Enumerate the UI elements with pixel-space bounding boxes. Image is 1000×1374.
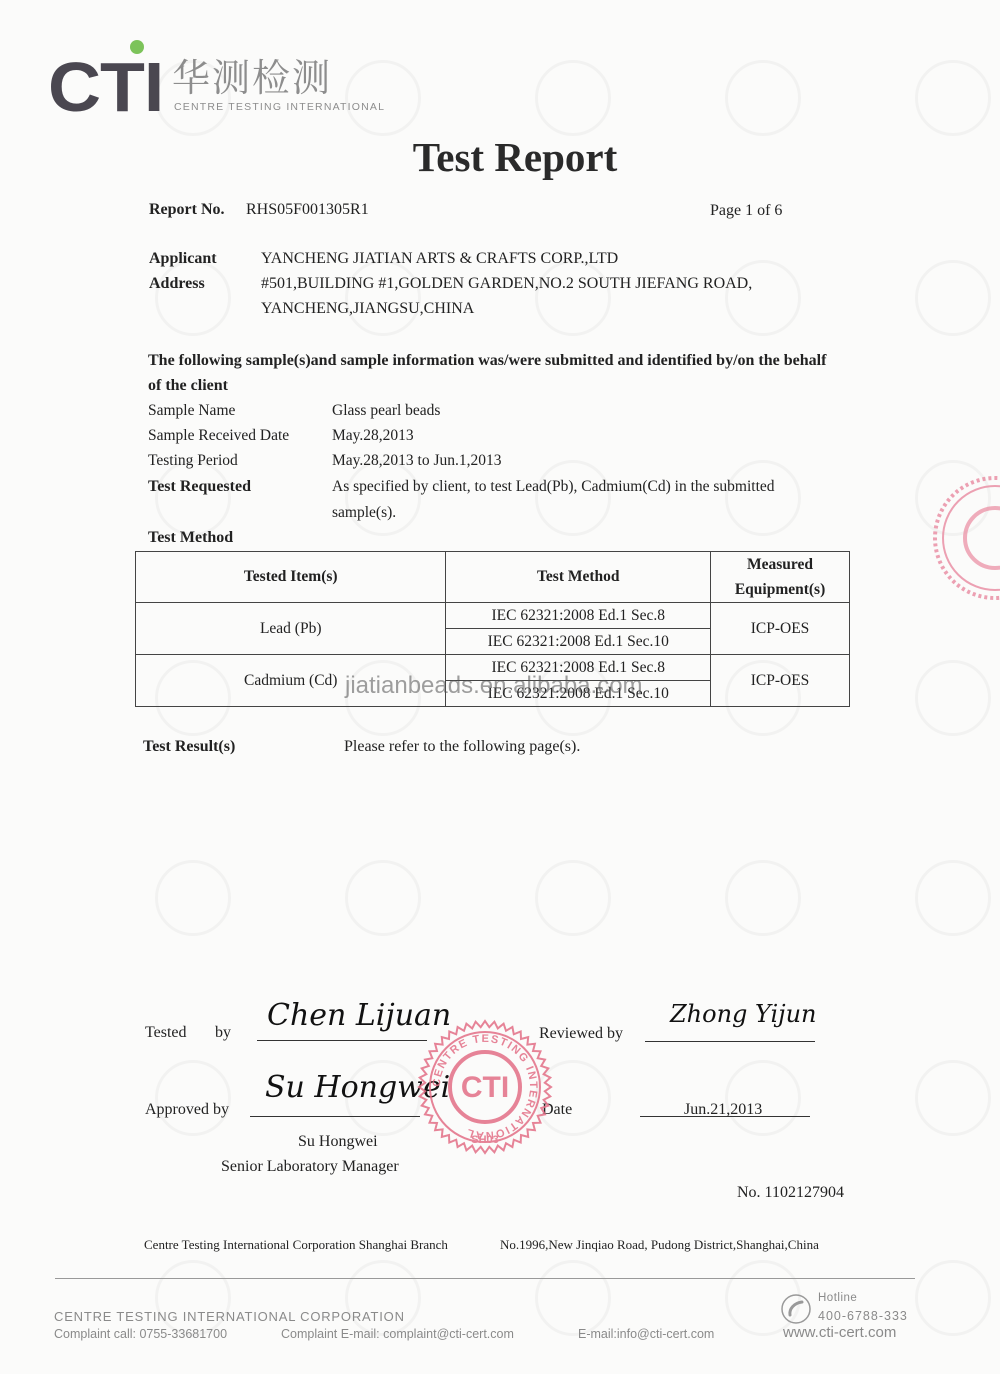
- watermark-circle: [345, 60, 421, 136]
- testing-period-label: Testing Period: [148, 452, 238, 470]
- date-value: Jun.21,2013: [684, 1101, 762, 1119]
- test-requested-value: As specified by client, to test Lead(Pb)…: [332, 478, 775, 496]
- watermark-circle: [915, 1060, 991, 1136]
- approved-by-line: [250, 1116, 420, 1117]
- watermark-circle: [535, 860, 611, 936]
- watermark-circle: [725, 1060, 801, 1136]
- test-requested-value-cont: sample(s).: [332, 504, 396, 522]
- testing-period-value: May.28,2013 to Jun.1,2013: [332, 452, 502, 470]
- branch-name: Centre Testing International Corporation…: [144, 1237, 448, 1253]
- watermark-circle: [725, 260, 801, 336]
- approver-name: Su Hongwei: [298, 1133, 378, 1151]
- logo-chinese: 华测检测: [172, 58, 332, 98]
- test-method-label: Test Method: [148, 529, 233, 547]
- received-date-value: May.28,2013: [332, 427, 414, 445]
- table-row: Lead (Pb) IEC 62321:2008 Ed.1 Sec.8 ICP-…: [136, 603, 850, 629]
- watermark-circle: [345, 1260, 421, 1336]
- applicant-label: Applicant: [149, 250, 217, 268]
- footer-divider: [55, 1278, 915, 1279]
- footer-hotline: 400-6788-333: [818, 1309, 908, 1323]
- watermark-circle: [535, 1260, 611, 1336]
- watermark-circle: [155, 1060, 231, 1136]
- watermark-circle: [915, 260, 991, 336]
- partial-seal-stamp: [925, 468, 1000, 608]
- sample-intro: The following sample(s)and sample inform…: [148, 352, 826, 370]
- reviewed-by-line: [645, 1041, 815, 1042]
- header-equipment: Measured Equipment(s): [711, 552, 850, 603]
- report-number: RHS05F001305R1: [246, 201, 369, 219]
- phone-icon: [780, 1293, 812, 1325]
- watermark-circle: [915, 860, 991, 936]
- tested-by-label-by: by: [215, 1024, 231, 1042]
- equipment-cell: ICP-OES: [711, 655, 850, 707]
- svg-text:CTI: CTI: [461, 1071, 509, 1104]
- watermark-text: jiatianbeads.en.alibaba.com: [345, 672, 643, 700]
- header-equipment-text: Measured Equipment(s): [730, 552, 830, 602]
- watermark-circle: [915, 660, 991, 736]
- watermark-circle: [345, 260, 421, 336]
- approved-by-label: Approved by: [145, 1101, 229, 1119]
- address-line-1: #501,BUILDING #1,GOLDEN GARDEN,NO.2 SOUT…: [261, 275, 752, 293]
- sample-name-label: Sample Name: [148, 402, 235, 420]
- address-label: Address: [149, 275, 205, 293]
- test-requested-label: Test Requested: [148, 478, 251, 496]
- method-cell: IEC 62321:2008 Ed.1 Sec.10: [446, 629, 711, 655]
- footer-email: E-mail:info@cti-cert.com: [578, 1327, 714, 1341]
- page-indicator: Page 1 of 6: [710, 202, 782, 220]
- watermark-circle: [725, 460, 801, 536]
- header-tested-items: Tested Item(s): [136, 552, 446, 603]
- watermark-circle: [725, 860, 801, 936]
- logo-subtitle: CENTRE TESTING INTERNATIONAL: [174, 101, 385, 113]
- sample-intro-cont: of the client: [148, 377, 228, 395]
- watermark-circle: [155, 1260, 231, 1336]
- watermark-circle: [535, 60, 611, 136]
- page-title: Test Report: [0, 133, 1000, 181]
- address-line-2: YANCHENG,JIANGSU,CHINA: [261, 300, 474, 318]
- watermark-circle: [155, 460, 231, 536]
- svg-text:SH03: SH03: [471, 1134, 499, 1146]
- serial-number: No. 1102127904: [737, 1184, 844, 1202]
- watermark-circle: [535, 260, 611, 336]
- received-date-label: Sample Received Date: [148, 427, 289, 445]
- sample-name-value: Glass pearl beads: [332, 402, 440, 420]
- watermark-circle: [915, 1260, 991, 1336]
- tested-by-label: Tested: [145, 1024, 187, 1042]
- watermark-circle: [535, 460, 611, 536]
- footer-complaint-call: Complaint call: 0755-33681700: [54, 1327, 227, 1341]
- approver-title: Senior Laboratory Manager: [221, 1158, 399, 1176]
- footer-complaint-email: Complaint E-mail: complaint@cti-cert.com: [281, 1327, 514, 1341]
- watermark-circle: [155, 260, 231, 336]
- watermark-circle: [345, 460, 421, 536]
- tested-item-cell: Lead (Pb): [136, 603, 446, 655]
- tested-by-line: [257, 1040, 427, 1041]
- equipment-cell: ICP-OES: [711, 603, 850, 655]
- branch-address: No.1996,New Jinqiao Road, Pudong Distric…: [500, 1237, 819, 1253]
- cti-seal-stamp: CENTRE TESTING INTERNATIONAL CTI SH03: [415, 1017, 555, 1157]
- applicant-value: YANCHENG JIATIAN ARTS & CRAFTS CORP.,LTD: [261, 250, 618, 268]
- footer-website: www.cti-cert.com: [783, 1324, 896, 1341]
- watermark-circle: [155, 860, 231, 936]
- report-number-label: Report No.: [149, 201, 225, 219]
- method-cell: IEC 62321:2008 Ed.1 Sec.8: [446, 603, 711, 629]
- footer-company: CENTRE TESTING INTERNATIONAL CORPORATION: [54, 1309, 405, 1324]
- test-results-value: Please refer to the following page(s).: [344, 738, 580, 756]
- header-test-method: Test Method: [446, 552, 711, 603]
- reviewed-by-signature: Zhong Yijun: [670, 1000, 816, 1028]
- watermark-circle: [915, 60, 991, 136]
- table-header-row: Tested Item(s) Test Method Measured Equi…: [136, 552, 850, 603]
- watermark-circle: [345, 860, 421, 936]
- footer-hotline-label: Hotline: [818, 1292, 857, 1304]
- logo-cti: CTI: [48, 52, 163, 122]
- watermark-circle: [725, 60, 801, 136]
- test-results-label: Test Result(s): [143, 738, 235, 756]
